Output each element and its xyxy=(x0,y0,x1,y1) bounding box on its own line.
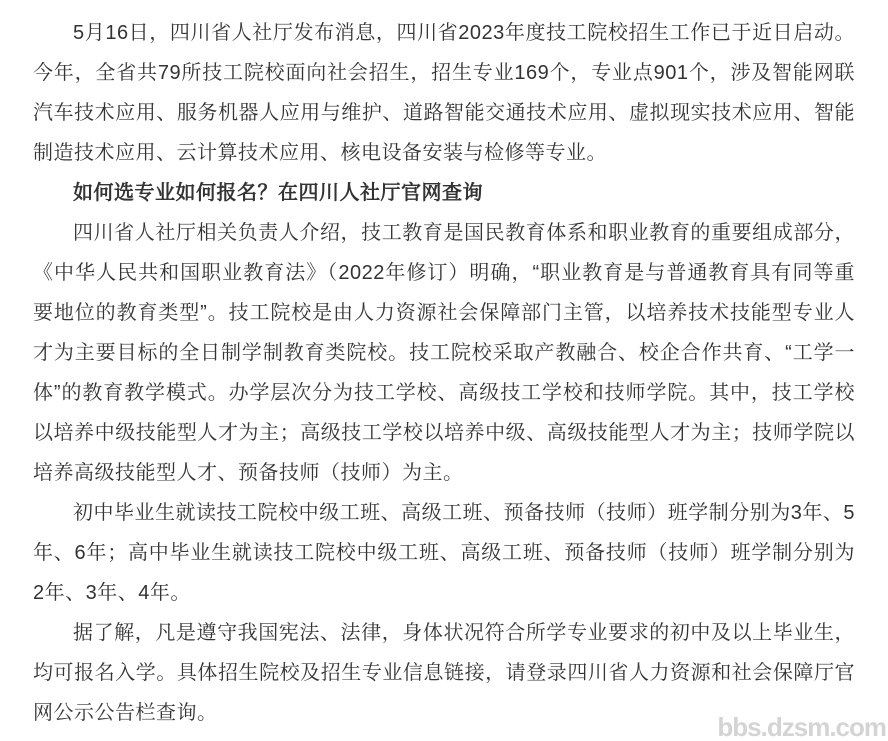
site-watermark: bbs.dzsm.com xyxy=(717,714,886,740)
paragraph-education-system: 四川省人社厅相关负责人介绍，技工教育是国民教育体系和职业教育的重要组成部分，《中… xyxy=(33,213,855,493)
section-heading: 如何选专业如何报名？在四川人社厅官网查询 xyxy=(33,173,855,213)
paragraph-study-duration: 初中毕业生就读技工院校中级工班、高级工班、预备技师（技师）班学制分别为3年、5年… xyxy=(33,493,855,613)
paragraph-announcement: 5月16日，四川省人社厅发布消息，四川省2023年度技工院校招生工作已于近日启动… xyxy=(33,13,855,173)
article-body: 5月16日，四川省人社厅发布消息，四川省2023年度技工院校招生工作已于近日启动… xyxy=(0,0,888,741)
